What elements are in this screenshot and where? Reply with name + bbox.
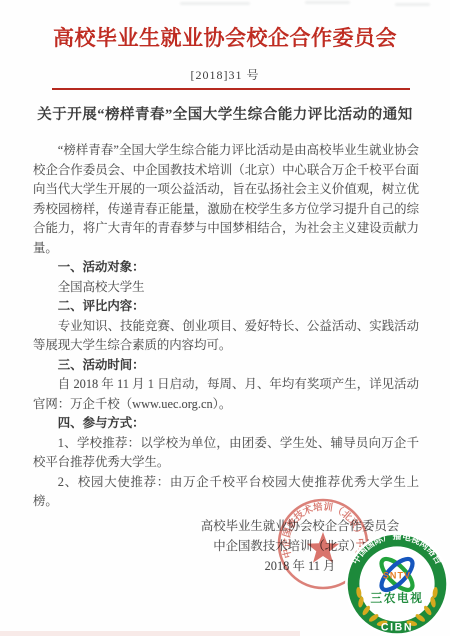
logo-atom-text: SNTV — [383, 571, 411, 581]
section-2-heading: 二、评比内容： — [33, 297, 419, 317]
org-title: 高校毕业生就业协会校企合作委员会 — [0, 22, 450, 52]
section-4-heading: 四、参与方式： — [33, 414, 419, 434]
doc-title: 关于开展“榜样青春”全国大学生综合能力评比活动的通知 — [0, 103, 450, 124]
section-3-body: 自 2018 年 11 月 1 日启动，每周、月、年均有奖项产生，详见活动官网：… — [33, 375, 419, 414]
section-4-item-2: 2、校园大使推荐：由万企千校平台校园大使推荐优秀大学生上榜。 — [33, 473, 419, 512]
header-divider — [52, 88, 410, 90]
section-1-heading: 一、活动对象： — [33, 258, 419, 278]
section-2-body: 专业知识、技能竞赛、创业项目、爱好特长、公益活动、实践活动等展现大学生综合素质的… — [33, 317, 419, 356]
cibn-logo: 中国国际广播电视网络台 SNTV 三农电视 CIBN — [344, 531, 450, 636]
section-3-heading: 三、活动时间： — [33, 356, 419, 376]
scan-artifact — [305, 1, 350, 4]
intro-paragraph: “榜样青春”全国大学生综合能力评比活动是由高校毕业生就业协会校企合作委员会、中企… — [33, 141, 419, 258]
scan-artifact — [395, 3, 430, 6]
notice-document: 高校毕业生就业协会校企合作委员会 [2018]31 号 关于开展“榜样青春”全国… — [0, 0, 450, 636]
scan-artifact — [180, 2, 250, 5]
doc-body: “榜样青春”全国大学生综合能力评比活动是由高校毕业生就业协会校企合作委员会、中企… — [33, 141, 419, 512]
logo-name-text: 三农电视 — [371, 591, 424, 605]
scan-edge-artifact — [0, 631, 300, 636]
section-1-body: 全国高校大学生 — [33, 278, 419, 298]
logo-bottom-text: CIBN — [381, 622, 413, 634]
doc-number: [2018]31 号 — [0, 66, 450, 83]
section-4-item-1: 1、学校推荐：以学校为单位，由团委、学生处、辅导员向万企千校平台推荐优秀大学生。 — [33, 434, 419, 473]
